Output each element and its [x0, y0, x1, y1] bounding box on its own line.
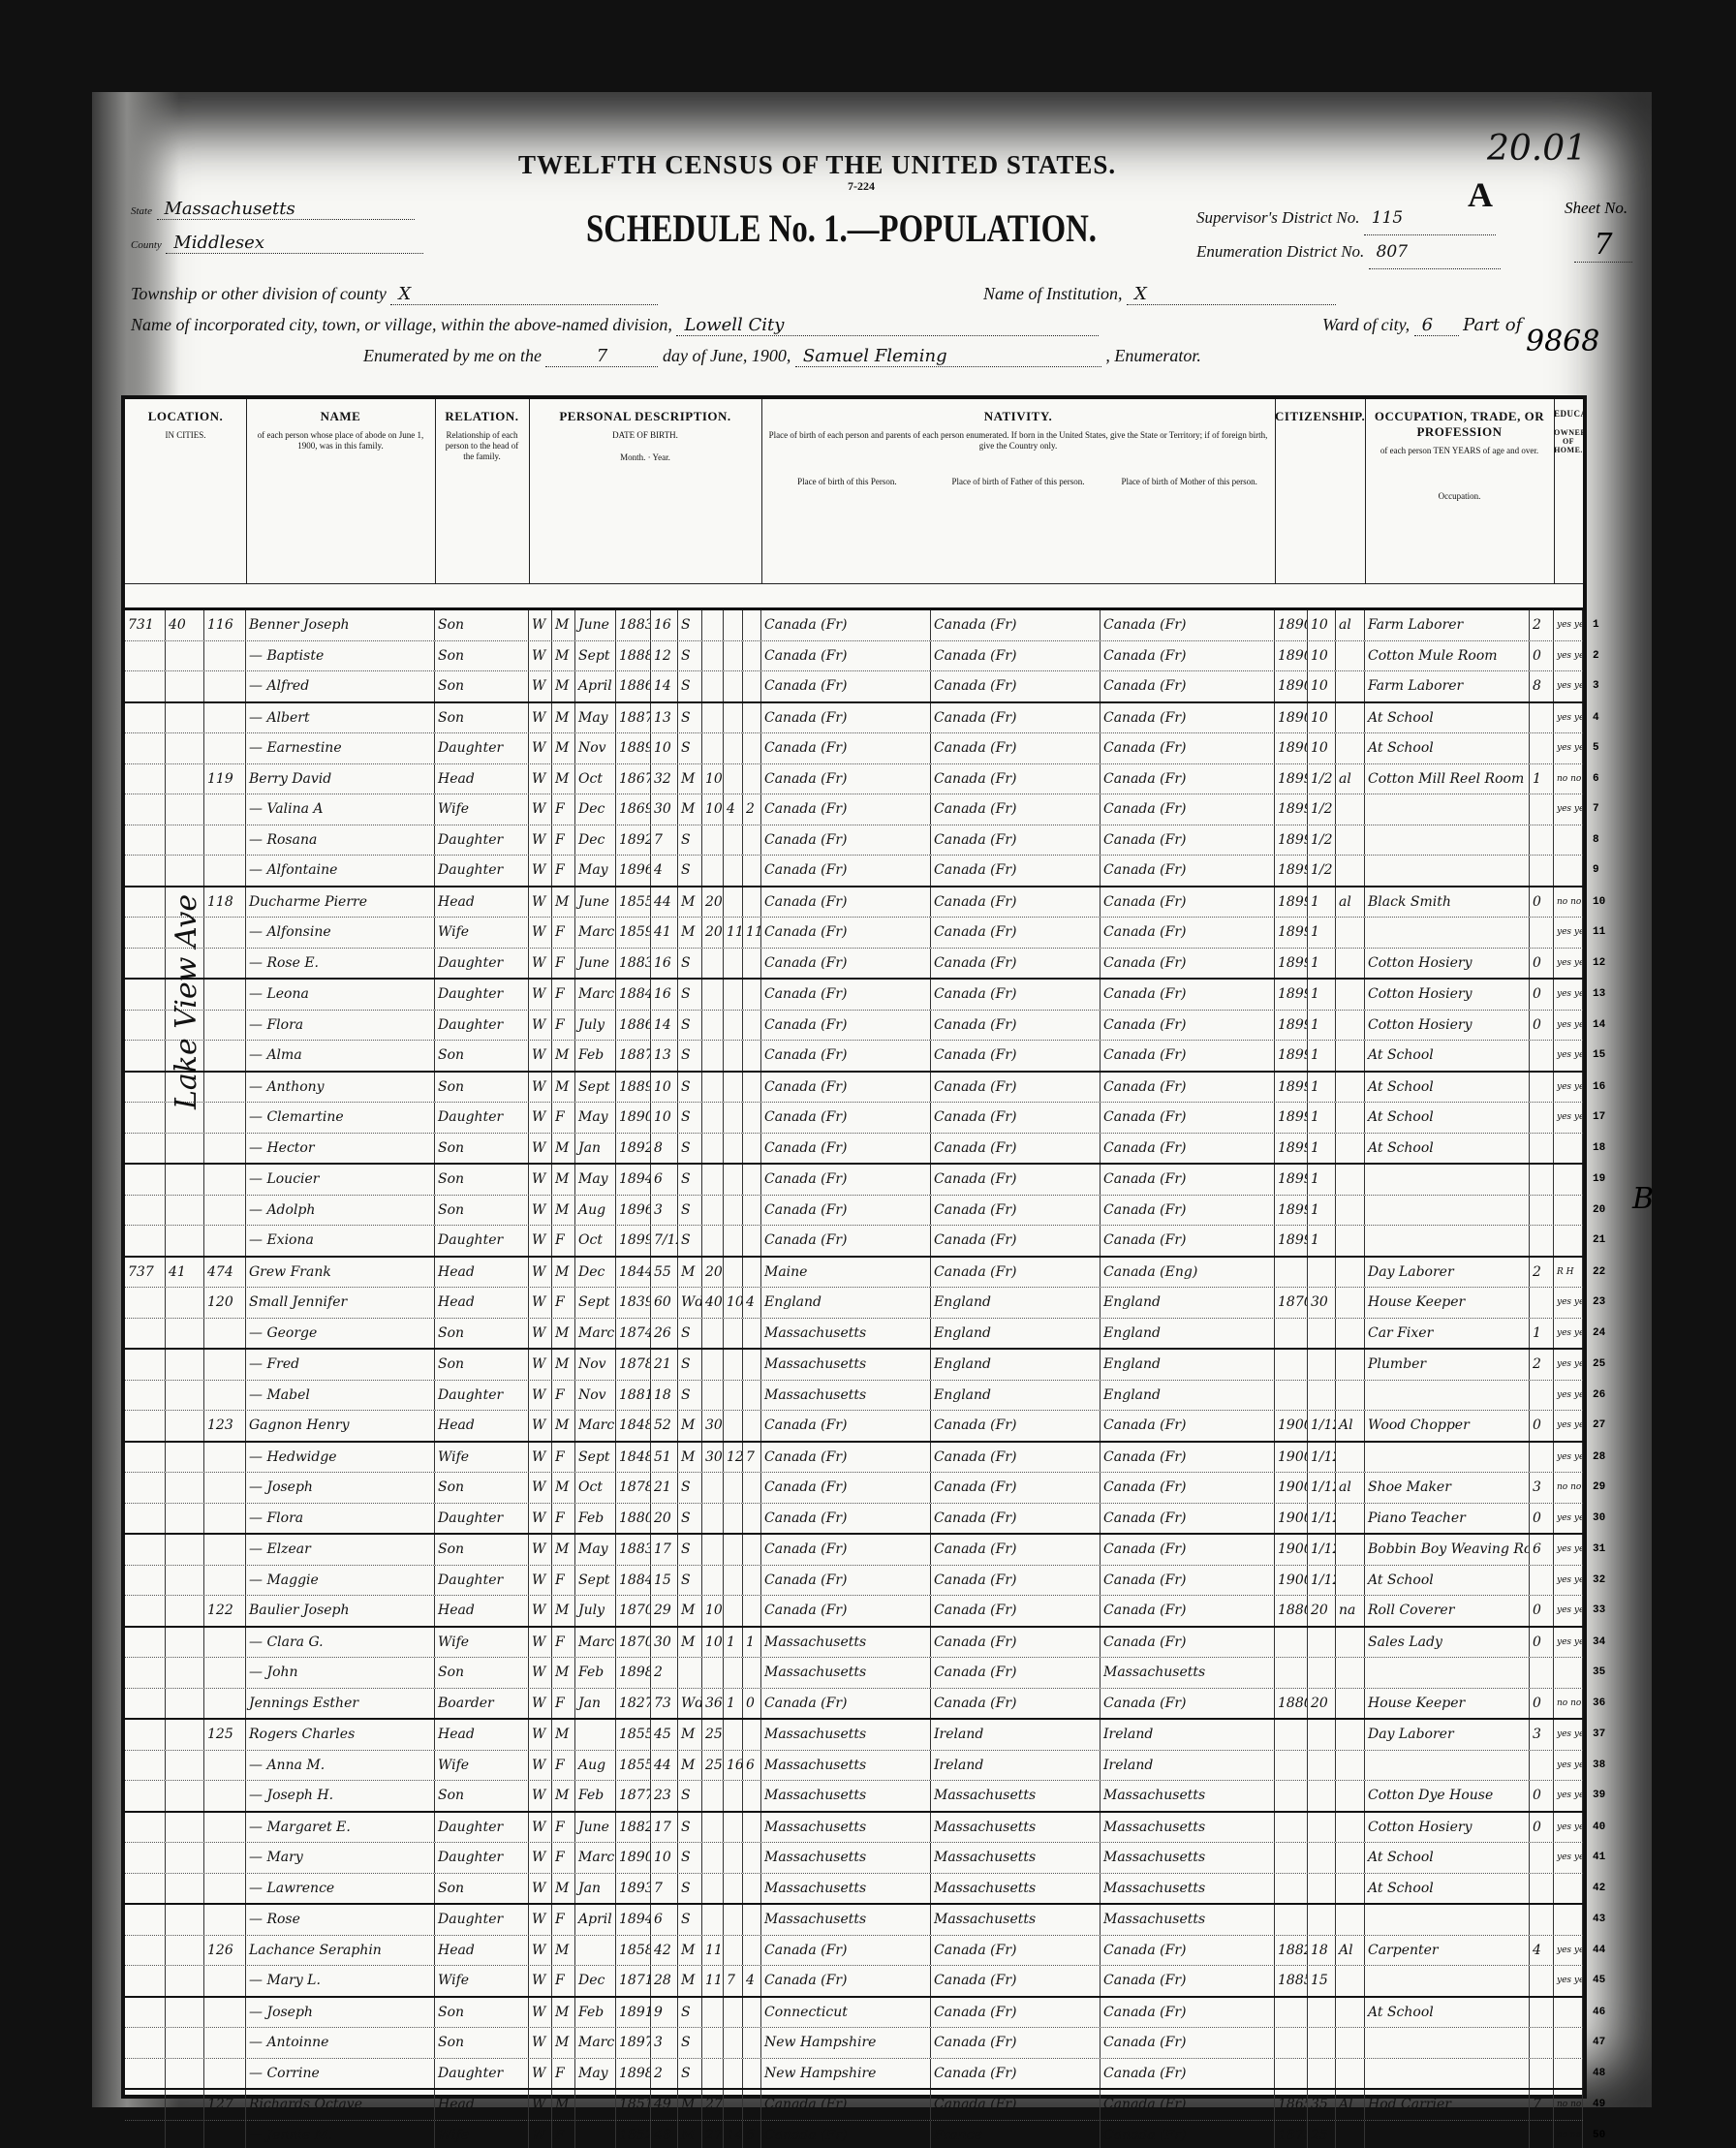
cell-bp-father: Canada (Fr) — [931, 610, 1100, 640]
line-number: 5 — [1593, 733, 1599, 763]
cell-bp-father: France — [931, 2121, 1100, 2148]
cell-unemp — [1530, 1041, 1554, 1071]
cell-month: Oct — [575, 1226, 616, 1256]
cell-family — [204, 1535, 246, 1565]
cell-age: 15 — [651, 1566, 678, 1596]
cell-education-summary: yes yes no — [1554, 1566, 1583, 1596]
cell-marital: S — [678, 1874, 702, 1904]
cell-immig — [1275, 1781, 1308, 1811]
cell-month: May — [575, 1165, 616, 1195]
cell-occupation — [1365, 1658, 1530, 1688]
cell-month: Jan — [575, 1689, 616, 1719]
state-line: State Massachusetts — [131, 199, 415, 220]
cell-bp-person: Canada (Fr) — [761, 1041, 931, 1071]
cell-month: March — [575, 980, 616, 1010]
cell-yrs-us: 1/12 — [1308, 1443, 1336, 1473]
cell-year: 1878 — [616, 1350, 651, 1380]
cell-month: Sept — [575, 1288, 616, 1318]
cell-marital: M — [678, 1596, 702, 1626]
cell-immig: 1899 — [1275, 918, 1308, 948]
cell-color: W — [529, 1288, 552, 1318]
cell-births — [724, 825, 743, 856]
cell-color: W — [529, 1473, 552, 1503]
table-row: — MaggieDaughterWFSept188415SCanada (Fr)… — [125, 1566, 1583, 1597]
cell-unemp: 1 — [1530, 1319, 1554, 1349]
cell-family — [204, 980, 246, 1010]
cell-education-summary: yes yes yes R H — [1554, 1596, 1583, 1626]
line-number: 39 — [1593, 1781, 1605, 1810]
cell-family — [204, 1658, 246, 1688]
cell-sex: M — [552, 1658, 575, 1688]
cell-births — [724, 764, 743, 794]
cell-bp-father: Massachusetts — [931, 1843, 1100, 1873]
cell-dwelling — [166, 1905, 204, 1935]
cell-month: March — [575, 918, 616, 948]
cell-marital: M — [678, 1936, 702, 1966]
cell-family — [204, 1073, 246, 1103]
cell-age: 41 — [651, 918, 678, 948]
line-number: 40 — [1593, 1813, 1605, 1842]
cell-occupation: Bobbin Boy Weaving Room — [1365, 1535, 1530, 1565]
cell-unemp: 2 — [1530, 1350, 1554, 1380]
cell-living — [743, 1134, 761, 1164]
cell-sex: M — [552, 1319, 575, 1349]
cell-month: March — [575, 1319, 616, 1349]
county-value: Middlesex — [166, 233, 423, 254]
line-number: 2 — [1593, 641, 1599, 670]
cell-street — [125, 671, 166, 701]
line-number: 31 — [1593, 1535, 1605, 1564]
line-number: 13 — [1593, 980, 1605, 1009]
cell-sex: M — [552, 1350, 575, 1380]
cell-dwelling — [166, 671, 204, 701]
cell-color: W — [529, 1443, 552, 1473]
cell-dwelling — [166, 1319, 204, 1349]
cell-age: 16 — [651, 980, 678, 1010]
cell-living — [743, 1381, 761, 1411]
table-row: — CorrineDaughterWFMay18982SNew Hampshir… — [125, 2059, 1583, 2091]
cell-yrs-us: 35 — [1308, 2090, 1336, 2120]
cell-sex: F — [552, 1381, 575, 1411]
cell-education-summary — [1554, 2059, 1583, 2089]
cell-education-summary — [1554, 1226, 1583, 1256]
cell-month: March — [575, 2028, 616, 2058]
cell-births — [724, 2090, 743, 2120]
cell-color: W — [529, 1566, 552, 1596]
cell-natur — [1336, 1073, 1365, 1103]
cell-name: — Earnestine — [246, 733, 435, 763]
cell-unemp: 0 — [1530, 1813, 1554, 1843]
cell-family — [204, 671, 246, 701]
cell-year: 1899 — [616, 1226, 651, 1256]
cell-bp-mother: Canada (Fr) — [1100, 1966, 1275, 1996]
cell-bp-father: Massachusetts — [931, 1905, 1100, 1935]
cell-occupation — [1365, 1905, 1530, 1935]
cell-family: 122 — [204, 1596, 246, 1626]
cell-natur — [1336, 1813, 1365, 1843]
cell-yrs-married — [702, 825, 724, 856]
cell-sex: M — [552, 1411, 575, 1441]
cell-yrs-us: 1/2 — [1308, 764, 1336, 794]
cell-street — [125, 1905, 166, 1935]
line-number: 47 — [1593, 2028, 1605, 2057]
cell-relation: Daughter — [435, 1011, 529, 1041]
cell-dwelling — [166, 2090, 204, 2120]
cell-age: 52 — [651, 1411, 678, 1441]
institution-value: X — [1127, 284, 1336, 305]
cell-bp-mother: Canada (Fr) — [1100, 1103, 1275, 1133]
cell-dwelling — [166, 1411, 204, 1441]
cell-education-summary: yes yes yes — [1554, 1350, 1583, 1380]
line-number: 48 — [1593, 2059, 1605, 2088]
cell-street — [125, 733, 166, 763]
table-rows: 73140116Benner JosephSonWMJune188316SCan… — [125, 610, 1583, 2148]
table-row: — BaptisteSonWMSept188812SCanada (Fr)Can… — [125, 641, 1583, 672]
cell-yrs-us — [1308, 1998, 1336, 2028]
cell-bp-mother: Canada (Fr) — [1100, 887, 1275, 918]
cell-natur — [1336, 1319, 1365, 1349]
cell-age: 51 — [651, 1443, 678, 1473]
cell-bp-mother: Canada (Fr) — [1100, 1165, 1275, 1195]
table-row: — Anna M.WifeWFAug185544M25166Massachuse… — [125, 1751, 1583, 1782]
cell-education-summary — [1554, 1165, 1583, 1195]
cell-natur — [1336, 1966, 1365, 1996]
cell-name: — Flora — [246, 1011, 435, 1041]
cell-education-summary: no no no R H — [1554, 887, 1583, 918]
cell-occupation: Day Laborer — [1365, 1720, 1530, 1750]
cell-bp-mother: Canada (Fr) — [1100, 794, 1275, 825]
cell-year: 1881 — [616, 1381, 651, 1411]
cell-family — [204, 1781, 246, 1811]
cell-marital: S — [678, 1473, 702, 1503]
cell-year: 1890 — [616, 1103, 651, 1133]
cell-births — [724, 671, 743, 701]
cell-yrs-married — [702, 1041, 724, 1071]
cell-bp-person: Canada (Fr) — [761, 980, 931, 1010]
line-number: 6 — [1593, 764, 1599, 794]
table-row: Jennings EstherBoarderWFJan182773Wd3610C… — [125, 1689, 1583, 1721]
cell-sex: F — [552, 1843, 575, 1873]
line-number: 19 — [1593, 1165, 1605, 1194]
cell-marital: S — [678, 1504, 702, 1534]
cell-occupation: Hod Carrier — [1365, 2090, 1530, 2120]
cell-education-summary: yes yes yes — [1554, 703, 1583, 733]
cell-immig: 1899 — [1275, 825, 1308, 856]
cell-month: Feb — [575, 1504, 616, 1534]
cell-name: — Mary — [246, 1843, 435, 1873]
cell-yrs-married: 25 — [702, 1751, 724, 1781]
cell-family — [204, 918, 246, 948]
cell-bp-father: Canada (Fr) — [931, 980, 1100, 1010]
cell-yrs-us: 1 — [1308, 1134, 1336, 1164]
cell-age: 44 — [651, 887, 678, 918]
cell-bp-person: Massachusetts — [761, 1843, 931, 1873]
cell-color: W — [529, 610, 552, 640]
cell-education-summary: yes yes yes — [1554, 1381, 1583, 1411]
line-number: 9 — [1593, 856, 1599, 885]
cell-bp-person: Canada (Fr) — [761, 1535, 931, 1565]
line-number: 21 — [1593, 1226, 1605, 1255]
cell-immig — [1275, 2028, 1308, 2058]
line-number: 30 — [1593, 1504, 1605, 1533]
cell-marital: M — [678, 1628, 702, 1658]
cell-color: W — [529, 1874, 552, 1904]
cell-immig — [1275, 1998, 1308, 2028]
cell-unemp — [1530, 1134, 1554, 1164]
cell-month: Feb — [575, 1781, 616, 1811]
cell-bp-person: Massachusetts — [761, 1658, 931, 1688]
cell-births — [724, 1596, 743, 1626]
cell-education-summary: yes yes no R H — [1554, 1411, 1583, 1441]
cell-month: June — [575, 1813, 616, 1843]
cell-dwelling — [166, 1196, 204, 1226]
table-row: — AlbertSonWMMay188713SCanada (Fr)Canada… — [125, 703, 1583, 734]
cell-bp-person: Canada (Fr) — [761, 703, 931, 733]
cell-yrs-married — [702, 1998, 724, 2028]
cell-month: March — [575, 1843, 616, 1873]
cell-yrs-us — [1308, 1905, 1336, 1935]
cell-year: 1891 — [616, 1998, 651, 2028]
cell-bp-mother: Canada (Fr) — [1100, 1226, 1275, 1256]
table-row: — AlmaSonWMFeb188713SCanada (Fr)Canada (… — [125, 1041, 1583, 1073]
cell-name: — Jennie M. — [246, 2121, 435, 2148]
cell-year: 1886 — [616, 671, 651, 701]
cell-month — [575, 1720, 616, 1750]
cell-sex: M — [552, 610, 575, 640]
line-number: 38 — [1593, 1751, 1605, 1780]
cell-living: 4 — [743, 1288, 761, 1318]
cell-age: 49 — [651, 2090, 678, 2120]
cell-sex: F — [552, 1813, 575, 1843]
cell-dwelling — [166, 1566, 204, 1596]
cell-bp-father: Canada (Fr) — [931, 1689, 1100, 1719]
cell-marital: M — [678, 1751, 702, 1781]
cell-color: W — [529, 1936, 552, 1966]
cell-relation: Daughter — [435, 1813, 529, 1843]
cell-relation: Son — [435, 671, 529, 701]
cell-births — [724, 1658, 743, 1688]
cell-name: — Valina A — [246, 794, 435, 825]
cell-month: Oct — [575, 764, 616, 794]
cell-name: — George — [246, 1319, 435, 1349]
cell-color: W — [529, 1689, 552, 1719]
cell-name: — Rose — [246, 1905, 435, 1935]
district-block: Supervisor's District No. 115 Enumeratio… — [1196, 202, 1501, 269]
cell-color: W — [529, 1381, 552, 1411]
cell-street — [125, 1813, 166, 1843]
cell-family — [204, 2121, 246, 2148]
cell-living — [743, 980, 761, 1010]
cell-education-summary — [1554, 1905, 1583, 1935]
header-occupation: OCCUPATION, TRADE, OR PROFESSION of each… — [1365, 399, 1555, 583]
cell-occupation — [1365, 1196, 1530, 1226]
cell-relation: Son — [435, 1998, 529, 2028]
cell-color: W — [529, 1905, 552, 1935]
cell-name: Benner Joseph — [246, 610, 435, 640]
cell-natur — [1336, 671, 1365, 701]
cell-natur — [1336, 2028, 1365, 2058]
cell-natur — [1336, 1134, 1365, 1164]
cell-family — [204, 1843, 246, 1873]
cell-year: 1889 — [616, 733, 651, 763]
cell-street — [125, 1535, 166, 1565]
cell-year: 1855 — [616, 1751, 651, 1781]
cell-natur — [1336, 1226, 1365, 1256]
cell-yrs-married — [702, 980, 724, 1010]
cell-occupation: Black Smith — [1365, 887, 1530, 918]
line-number: 15 — [1593, 1041, 1605, 1070]
cell-sex: F — [552, 1966, 575, 1996]
cell-age: 7/12 — [651, 1226, 678, 1256]
cell-relation: Daughter — [435, 856, 529, 886]
cell-living — [743, 1781, 761, 1811]
cell-name: — Mabel — [246, 1381, 435, 1411]
cell-marital: Wd — [678, 1689, 702, 1719]
cell-yrs-us: 1 — [1308, 980, 1336, 1010]
cell-marital: S — [678, 1905, 702, 1935]
cell-education-summary: yes yes no — [1554, 1011, 1583, 1041]
cell-bp-father: Ireland — [931, 1751, 1100, 1781]
cell-month: Jan — [575, 1874, 616, 1904]
cell-living — [743, 1566, 761, 1596]
cell-year: 1874 — [616, 1319, 651, 1349]
cell-living — [743, 1258, 761, 1288]
cell-month: Oct — [575, 1473, 616, 1503]
enum-day: 7 — [545, 346, 658, 367]
cell-month: May — [575, 2059, 616, 2089]
cell-unemp — [1530, 1103, 1554, 1133]
cell-births: 16 — [724, 1751, 743, 1781]
cell-dwelling — [166, 1936, 204, 1966]
cell-unemp — [1530, 2059, 1554, 2089]
cell-bp-father: Canada (Fr) — [931, 887, 1100, 918]
cell-name: — Margaret E. — [246, 1813, 435, 1843]
cell-street — [125, 1966, 166, 1996]
cell-age: 7 — [651, 825, 678, 856]
cell-relation: Head — [435, 1258, 529, 1288]
cell-yrs-married — [702, 856, 724, 886]
cell-yrs-married — [702, 1874, 724, 1904]
cell-sex: M — [552, 1165, 575, 1195]
cell-births — [724, 1011, 743, 1041]
cell-bp-father: Canada (Fr) — [931, 794, 1100, 825]
cell-dwelling — [166, 2028, 204, 2058]
cell-marital: S — [678, 1226, 702, 1256]
cell-education-summary: no no yes H — [1554, 764, 1583, 794]
cell-natur — [1336, 1566, 1365, 1596]
cell-age: 6 — [651, 1165, 678, 1195]
cell-bp-person: Massachusetts — [761, 1905, 931, 1935]
cell-bp-person: New Hampshire — [761, 2059, 931, 2089]
corner-note: 20.01 — [1487, 129, 1587, 169]
cell-yrs-married — [702, 1566, 724, 1596]
cell-relation: Son — [435, 1658, 529, 1688]
cell-marital: S — [678, 1998, 702, 2028]
cell-sex: M — [552, 1535, 575, 1565]
cell-street — [125, 1473, 166, 1503]
cell-bp-person: Canada (Fr) — [761, 2121, 931, 2148]
cell-color: W — [529, 1843, 552, 1873]
cell-yrs-us: 1 — [1308, 1073, 1336, 1103]
cell-year: 1887 — [616, 703, 651, 733]
cell-education-summary: yes yes no — [1554, 794, 1583, 825]
cell-dwelling — [166, 641, 204, 671]
cell-yrs-married — [702, 2059, 724, 2089]
cell-births — [724, 1535, 743, 1565]
cell-bp-person: Canada (Fr) — [761, 1473, 931, 1503]
cell-bp-father: Canada (Fr) — [931, 764, 1100, 794]
cell-family — [204, 1751, 246, 1781]
cell-occupation: Cotton Hosiery — [1365, 980, 1530, 1010]
cell-unemp — [1530, 825, 1554, 856]
cell-name: — Anthony — [246, 1073, 435, 1103]
cell-relation: Son — [435, 1196, 529, 1226]
cell-immig: 1865 — [1275, 2090, 1308, 2120]
cell-bp-person: Canada (Fr) — [761, 1134, 931, 1164]
cell-age: 23 — [651, 1781, 678, 1811]
cell-color: W — [529, 671, 552, 701]
cell-family — [204, 641, 246, 671]
census-title: TWELFTH CENSUS OF THE UNITED STATES. — [518, 150, 1116, 180]
cell-natur — [1336, 1443, 1365, 1473]
cell-sex: F — [552, 980, 575, 1010]
cell-immig: 1900 — [1275, 1411, 1308, 1441]
cell-unemp: 0 — [1530, 1411, 1554, 1441]
cell-street — [125, 703, 166, 733]
cell-month: May — [575, 856, 616, 886]
cell-natur: al — [1336, 764, 1365, 794]
supervisor-label: Supervisor's District No. — [1196, 208, 1359, 227]
cell-year: 1859 — [616, 918, 651, 948]
cell-year: 1844 — [616, 1258, 651, 1288]
cell-yrs-married: 27 — [702, 2090, 724, 2120]
cell-yrs-us — [1308, 1874, 1336, 1904]
cell-month: Sept — [575, 1443, 616, 1473]
cell-marital: M — [678, 1443, 702, 1473]
cell-immig: 1899 — [1275, 887, 1308, 918]
cell-dwelling — [166, 1504, 204, 1534]
cell-unemp: 0 — [1530, 1628, 1554, 1658]
cell-sex: F — [552, 825, 575, 856]
cell-yrs-us: 20 — [1308, 1596, 1336, 1626]
cell-births — [724, 1073, 743, 1103]
cell-name: — Rosana — [246, 825, 435, 856]
cell-living — [743, 1165, 761, 1195]
cell-bp-father: Massachusetts — [931, 1813, 1100, 1843]
cell-bp-father: Canada (Fr) — [931, 2028, 1100, 2058]
cell-name: — Clara G. — [246, 1628, 435, 1658]
cell-name: — Leona — [246, 980, 435, 1010]
cell-bp-person: Massachusetts — [761, 1381, 931, 1411]
cell-yrs-married: 40 — [702, 1288, 724, 1318]
cell-yrs-us: 1/12 — [1308, 1504, 1336, 1534]
table-row: 125Rogers CharlesHeadWM185545M25Massachu… — [125, 1720, 1583, 1751]
cell-education-summary: yes yes yes — [1554, 1319, 1583, 1349]
cell-age: 12 — [651, 641, 678, 671]
cell-yrs-married — [702, 1473, 724, 1503]
table-row: — GeorgeSonWMMarch187426SMassachusettsEn… — [125, 1319, 1583, 1351]
cell-bp-person: Canada (Fr) — [761, 1073, 931, 1103]
cell-year: 1882 — [616, 1813, 651, 1843]
cell-year: 1894 — [616, 1165, 651, 1195]
cell-marital: M — [678, 887, 702, 918]
cell-marital: S — [678, 1319, 702, 1349]
cell-sex: F — [552, 1011, 575, 1041]
cell-immig — [1275, 1720, 1308, 1750]
line-number: 16 — [1593, 1073, 1605, 1102]
cell-color: W — [529, 1535, 552, 1565]
cell-age: 28 — [651, 1966, 678, 1996]
